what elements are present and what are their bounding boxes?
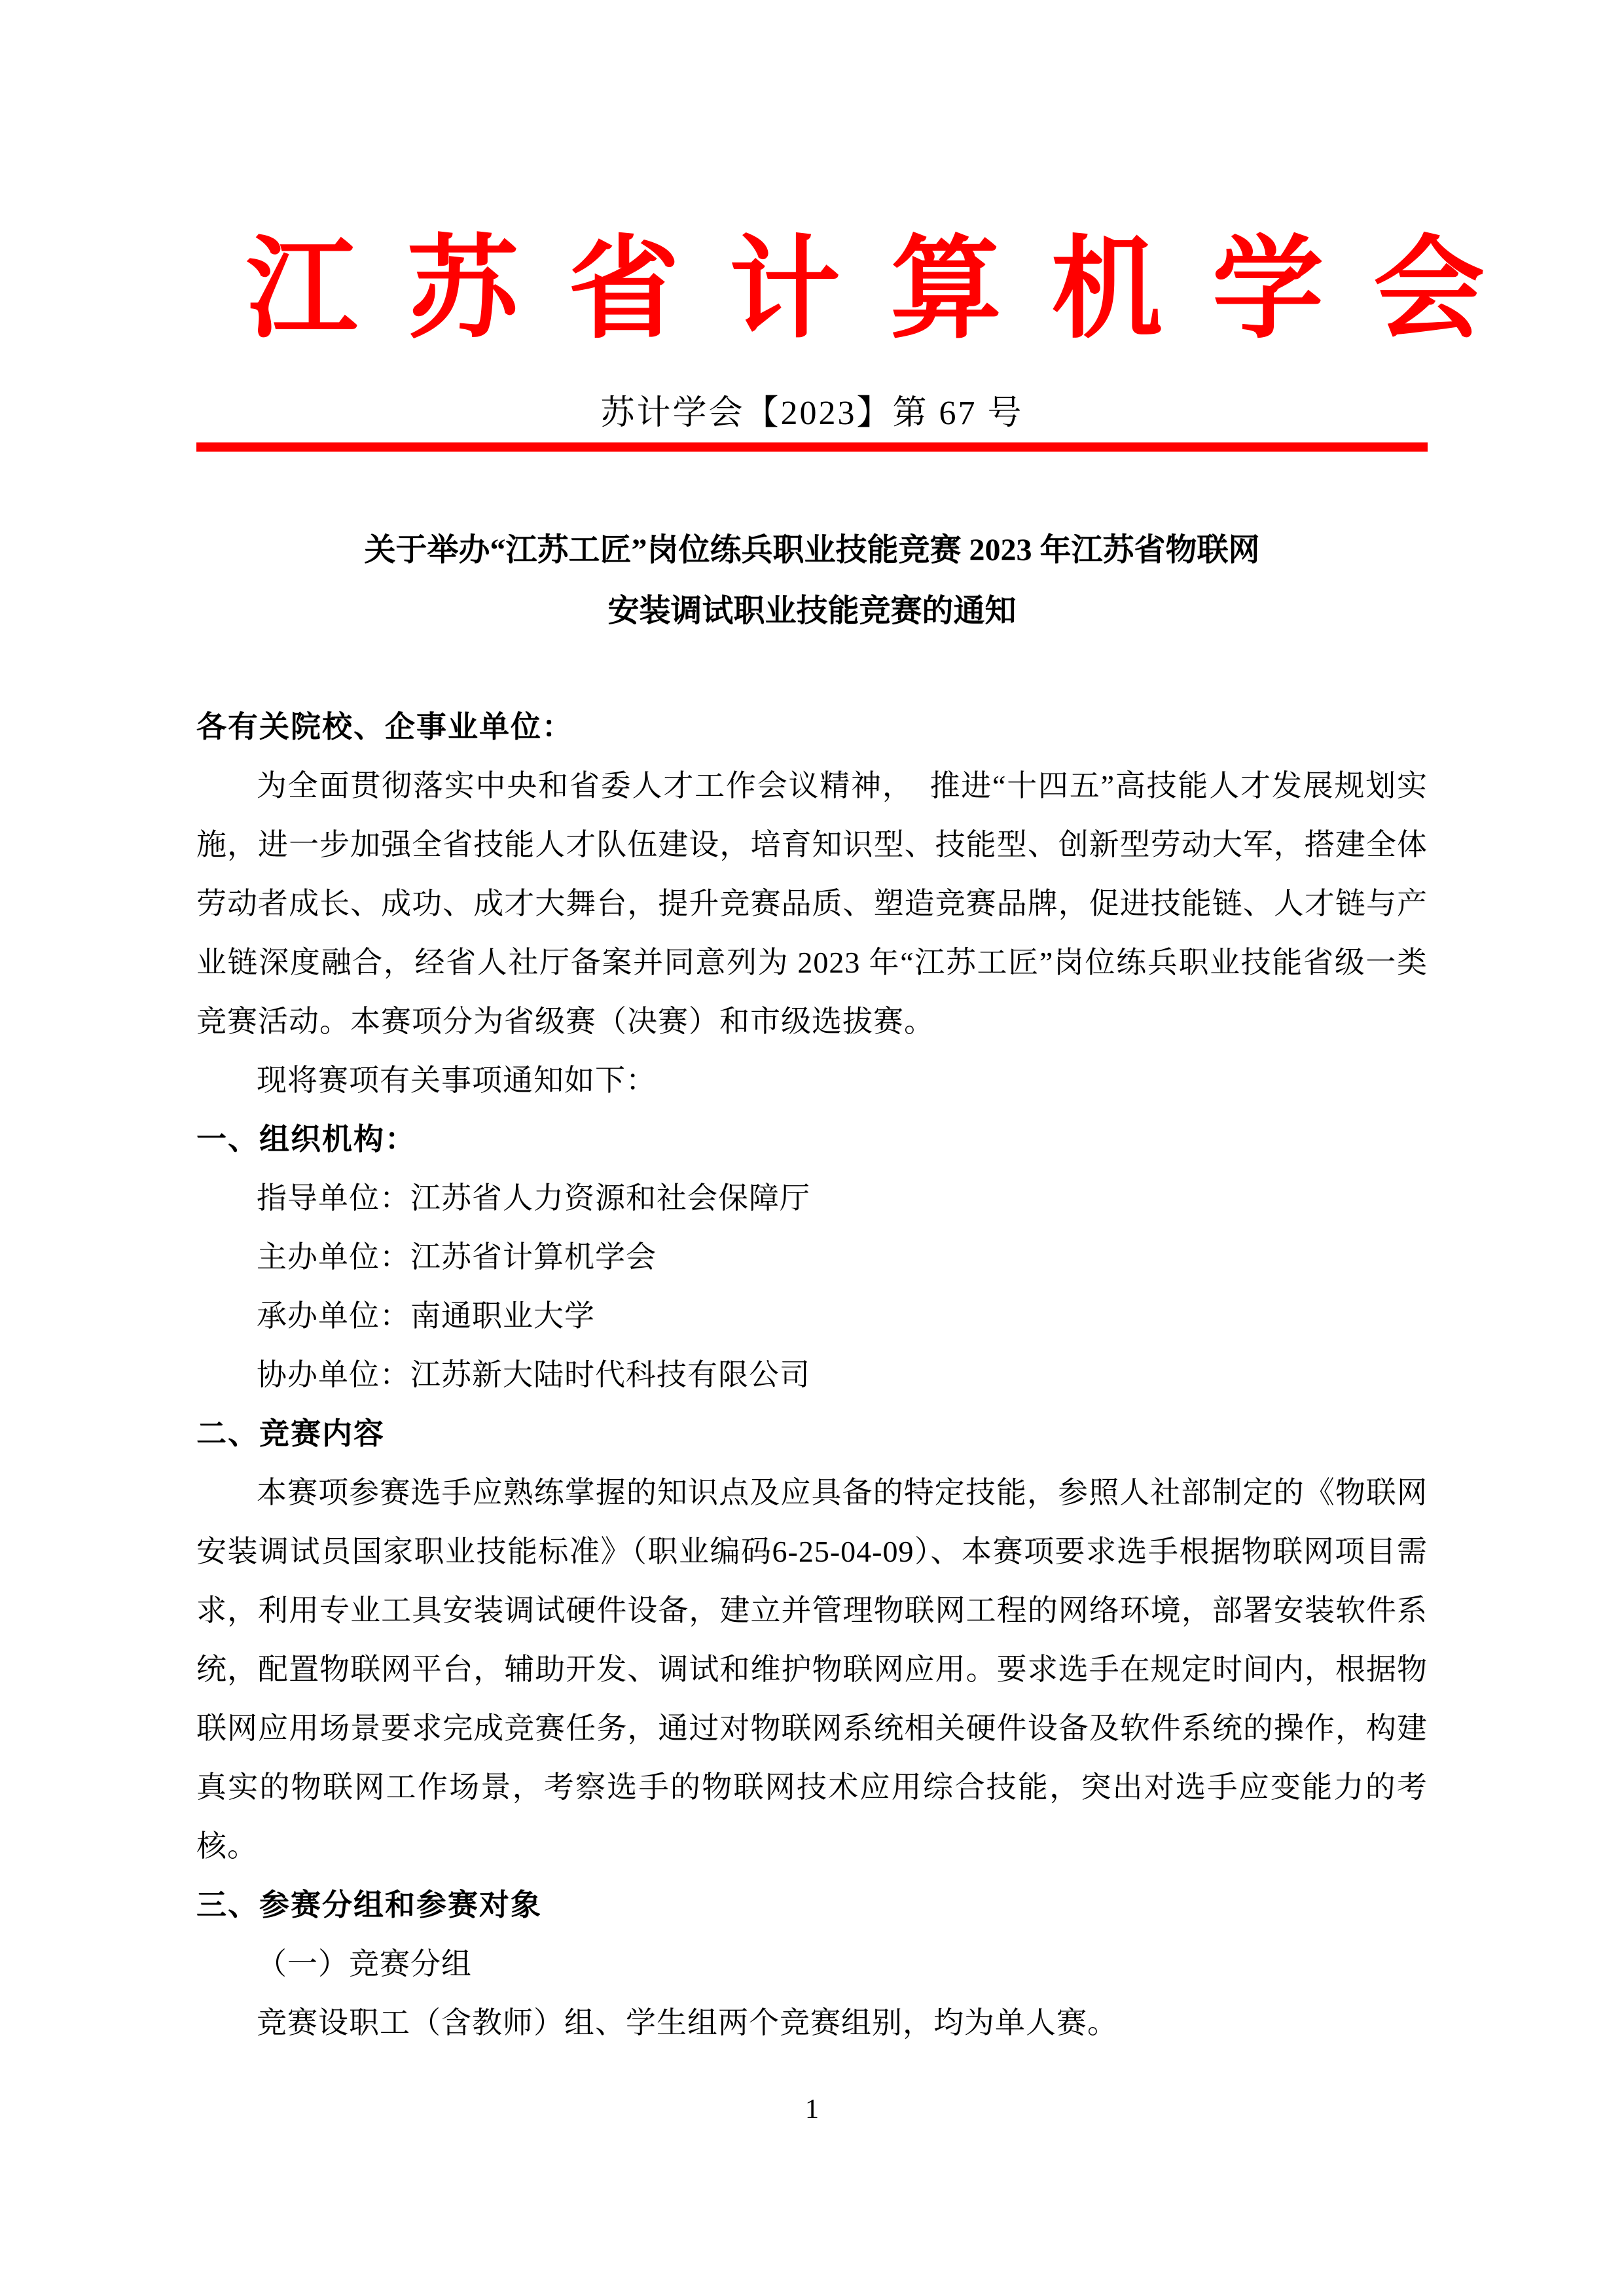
document-content: 江苏省计算机学会 苏计学会【2023】第 67 号 关于举办“江苏工匠”岗位练兵… — [196, 0, 1428, 2053]
section-heading-grouping: 三、参赛分组和参赛对象 — [196, 1876, 1428, 1935]
section-heading-organization: 一、组织机构： — [196, 1110, 1428, 1169]
subsection-heading-grouping: （一）竞赛分组 — [196, 1935, 1428, 1994]
doc-number: 苏计学会【2023】第 67 号 — [196, 397, 1428, 431]
org-unit-coorganizer: 协办单位：江苏新大陆时代科技有限公司 — [196, 1346, 1428, 1405]
intro-paragraph: 为全面贯彻落实中央和省委人才工作会议精神， 推进“十四五”高技能人才发展规划实施… — [196, 757, 1428, 1051]
org-unit-undertaker: 承办单位：南通职业大学 — [196, 1287, 1428, 1346]
org-unit-guiding: 指导单位：江苏省人力资源和社会保障厅 — [196, 1169, 1428, 1228]
notice-line: 现将赛项有关事项通知如下： — [196, 1051, 1428, 1110]
page-number: 1 — [0, 2096, 1624, 2123]
grouping-paragraph: 竞赛设职工（含教师）组、学生组两个竞赛组别，均为单人赛。 — [196, 1994, 1428, 2053]
doc-title-line2: 安装调试职业技能竞赛的通知 — [196, 581, 1428, 641]
section-heading-competition-content: 二、竞赛内容 — [196, 1405, 1428, 1463]
org-unit-host: 主办单位：江苏省计算机学会 — [196, 1228, 1428, 1287]
doc-title-line1: 关于举办“江苏工匠”岗位练兵职业技能竞赛 2023 年江苏省物联网 — [196, 520, 1428, 581]
letterhead-org-name: 江苏省计算机学会 — [196, 234, 1428, 346]
salutation: 各有关院校、企事业单位： — [196, 698, 1428, 757]
document-page: 江苏省计算机学会 苏计学会【2023】第 67 号 关于举办“江苏工匠”岗位练兵… — [0, 0, 1624, 2296]
letterhead-divider — [196, 442, 1428, 452]
doc-title: 关于举办“江苏工匠”岗位练兵职业技能竞赛 2023 年江苏省物联网 安装调试职业… — [196, 520, 1428, 641]
competition-content-paragraph: 本赛项参赛选手应熟练掌握的知识点及应具备的特定技能，参照人社部制定的《物联网安装… — [196, 1463, 1428, 1876]
